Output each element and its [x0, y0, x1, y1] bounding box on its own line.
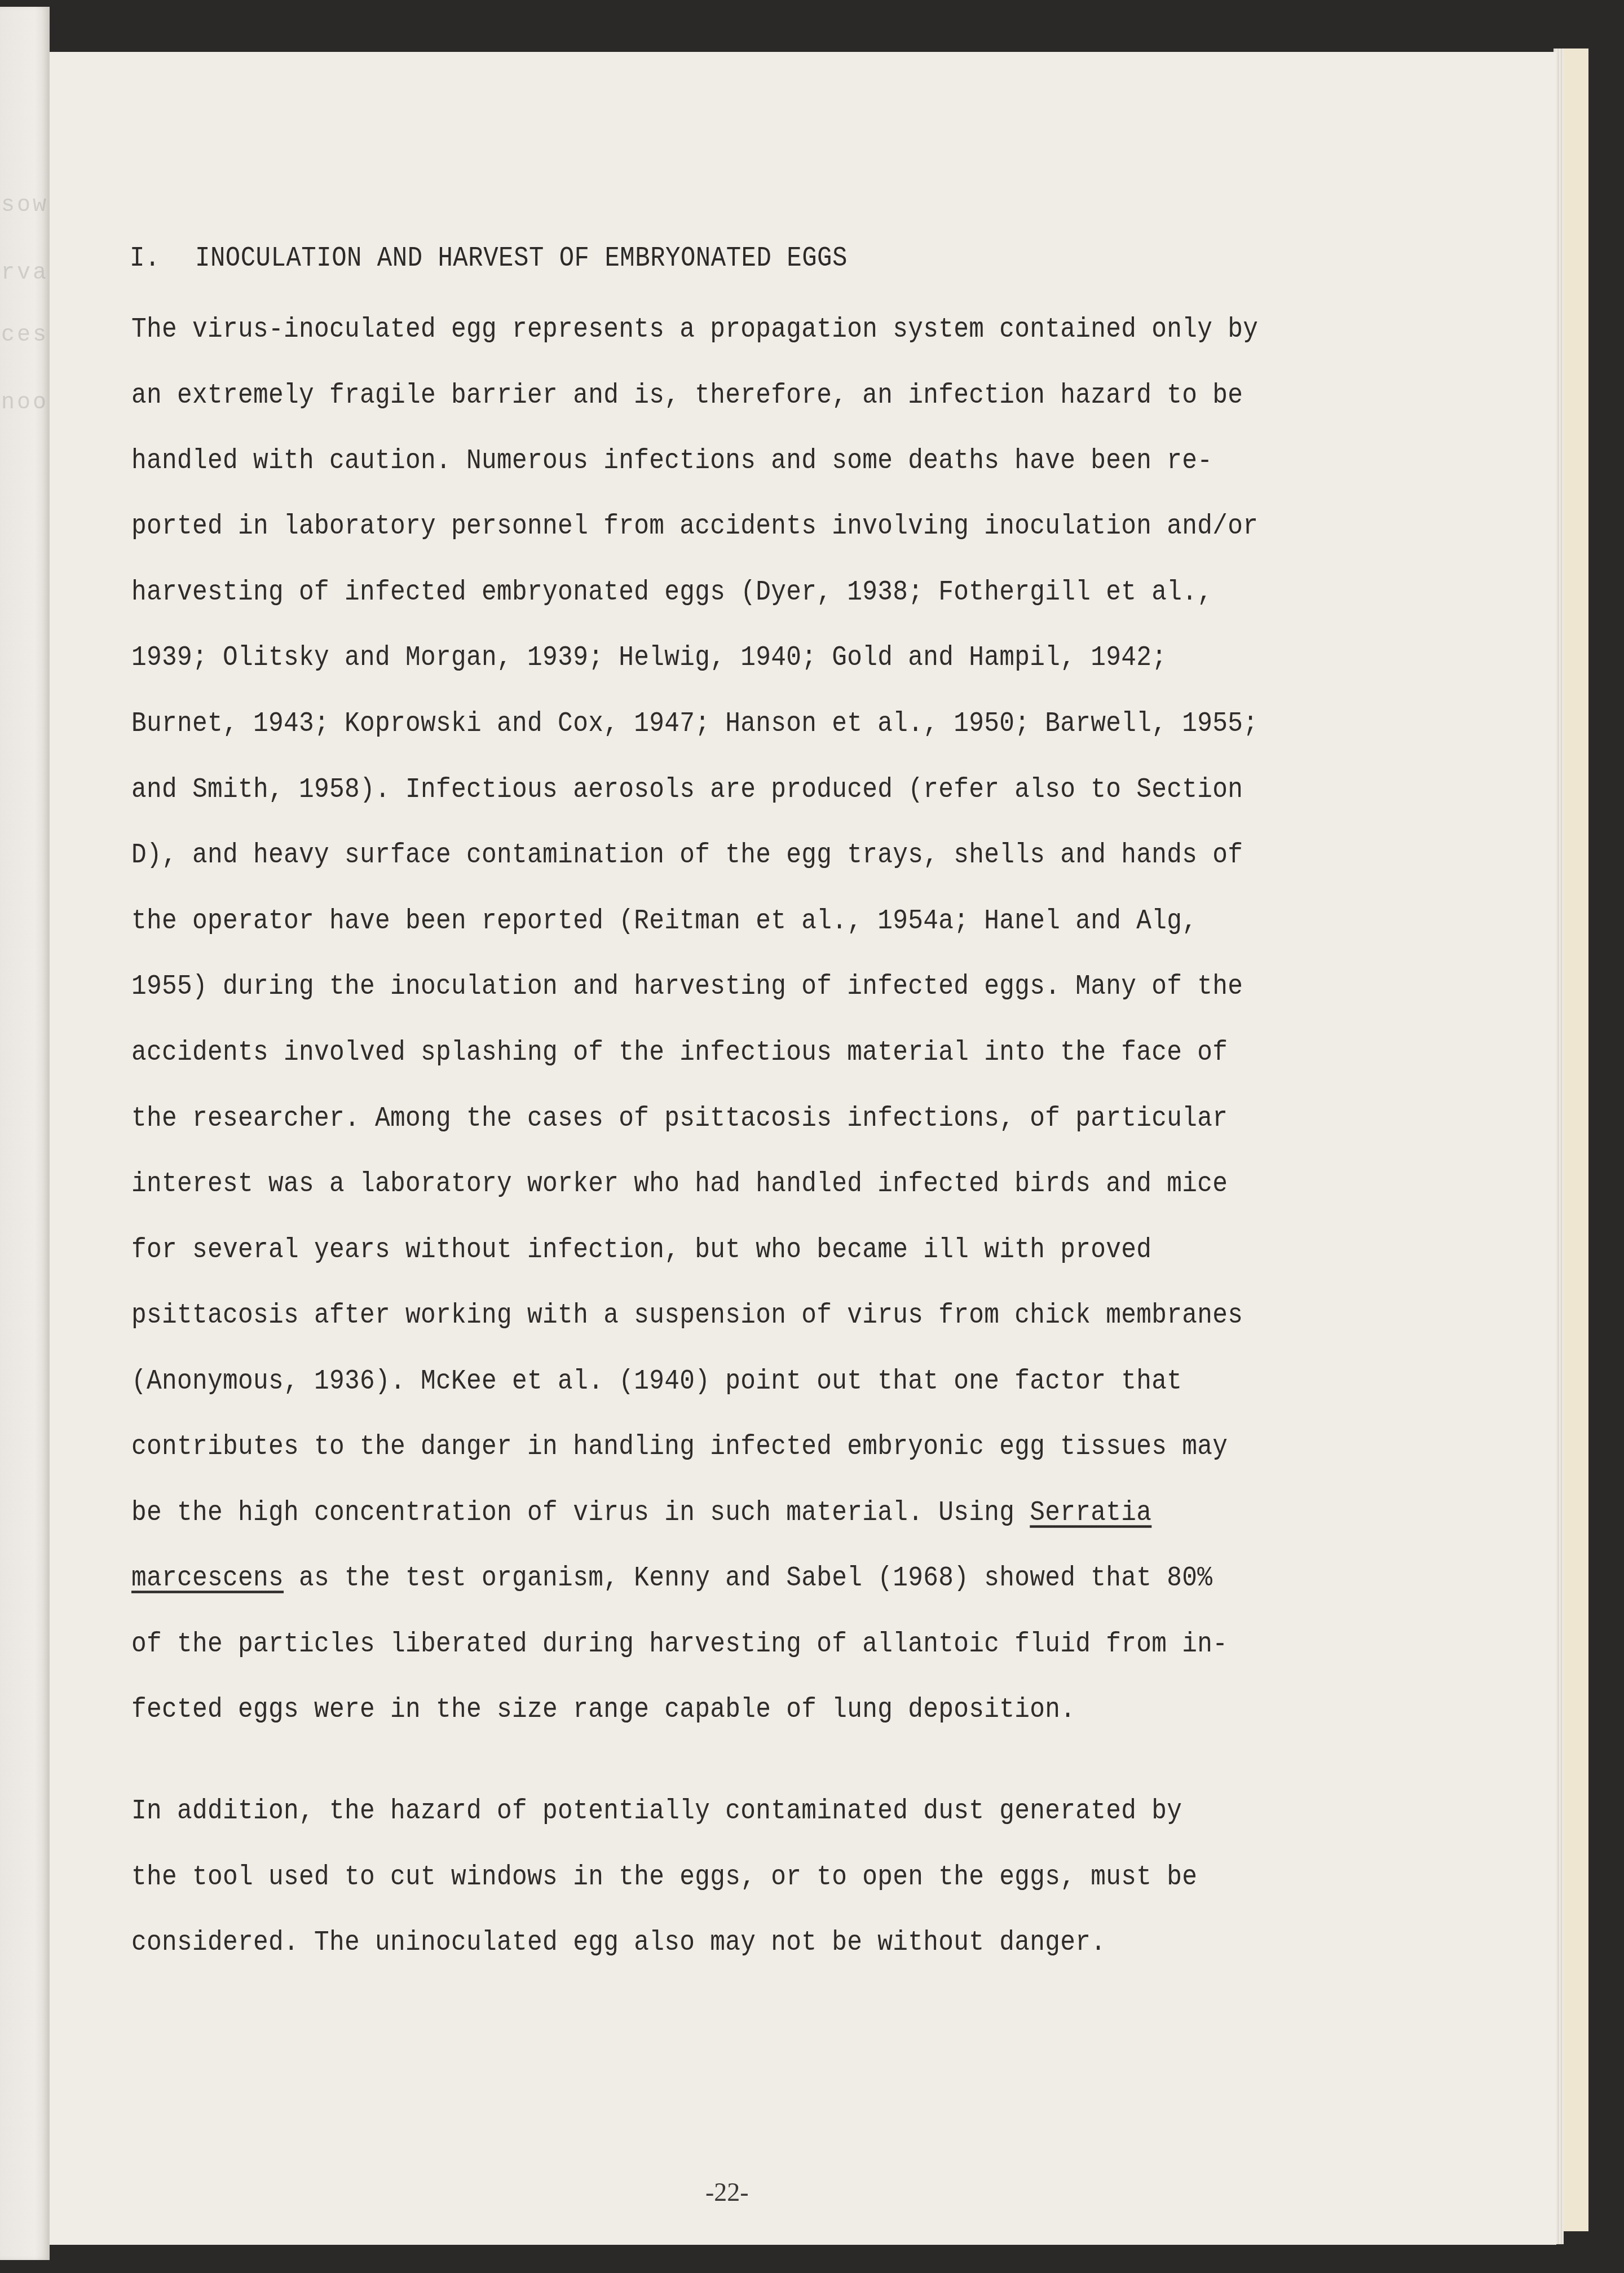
text-line: considered. The uninoculated egg also ma… [131, 1927, 1106, 1959]
text-line: an extremely fragile barrier and is, the… [131, 380, 1243, 412]
facing-page-edge: sow ra rvad cesi noo [0, 7, 50, 2260]
text-span: be the high concentration of virus in su… [131, 1497, 1030, 1529]
text-line: be the high concentration of virus in su… [131, 1497, 1151, 1529]
text-line: the researcher. Among the cases of psitt… [131, 1103, 1228, 1135]
text-line: for several years without infection, but… [131, 1235, 1151, 1266]
text-span: as the test organism, Kenny and Sabel (1… [284, 1563, 1212, 1594]
text-line: accidents involved splashing of the infe… [131, 1037, 1228, 1069]
text-line: D), and heavy surface contamination of t… [131, 840, 1243, 871]
text-line: the operator have been reported (Reitman… [131, 906, 1197, 937]
bleed-through-text: rvad [1, 261, 46, 286]
page-number: -22- [705, 2177, 749, 2207]
bleed-through-text: noo [1, 390, 46, 416]
text-line: The virus-inoculated egg represents a pr… [131, 314, 1258, 346]
text-line: 1955) during the inoculation and harvest… [131, 971, 1243, 1003]
text-line: Burnet, 1943; Koprowski and Cox, 1947; H… [131, 708, 1258, 740]
text-line: fected eggs were in the size range capab… [131, 1694, 1075, 1726]
text-line: contributes to the danger in handling in… [131, 1431, 1228, 1463]
underlined-species-name: marcescens [131, 1563, 284, 1594]
text-line: (Anonymous, 1936). McKee et al. (1940) p… [131, 1366, 1182, 1398]
text-line: psittacosis after working with a suspens… [131, 1300, 1243, 1332]
section-heading: I.INOCULATION AND HARVEST OF EMBRYONATED… [130, 243, 848, 275]
text-line: ported in laboratory personnel from acci… [131, 511, 1258, 543]
bleed-through-text: cesi [1, 323, 46, 348]
text-line: 1939; Olitsky and Morgan, 1939; Helwig, … [131, 642, 1167, 674]
text-line: marcescens as the test organism, Kenny a… [131, 1563, 1212, 1594]
text-line: In addition, the hazard of potentially c… [131, 1796, 1182, 1827]
text-line: and Smith, 1958). Infectious aerosols ar… [131, 774, 1243, 806]
text-line: the tool used to cut windows in the eggs… [131, 1862, 1197, 1893]
underlined-species-name: Serratia [1030, 1497, 1151, 1529]
section-number: I. [130, 243, 195, 275]
document-page: I.INOCULATION AND HARVEST OF EMBRYONATED… [50, 52, 1556, 2245]
text-line: handled with caution. Numerous infection… [131, 446, 1212, 477]
bleed-through-text: sow ra [1, 193, 46, 218]
text-line: harvesting of infected embryonated eggs … [131, 577, 1212, 609]
section-title: INOCULATION AND HARVEST OF EMBRYONATED E… [195, 243, 848, 275]
back-cover-edge [1564, 49, 1588, 2231]
text-line: of the particles liberated during harves… [131, 1629, 1228, 1660]
text-line: interest was a laboratory worker who had… [131, 1169, 1228, 1200]
